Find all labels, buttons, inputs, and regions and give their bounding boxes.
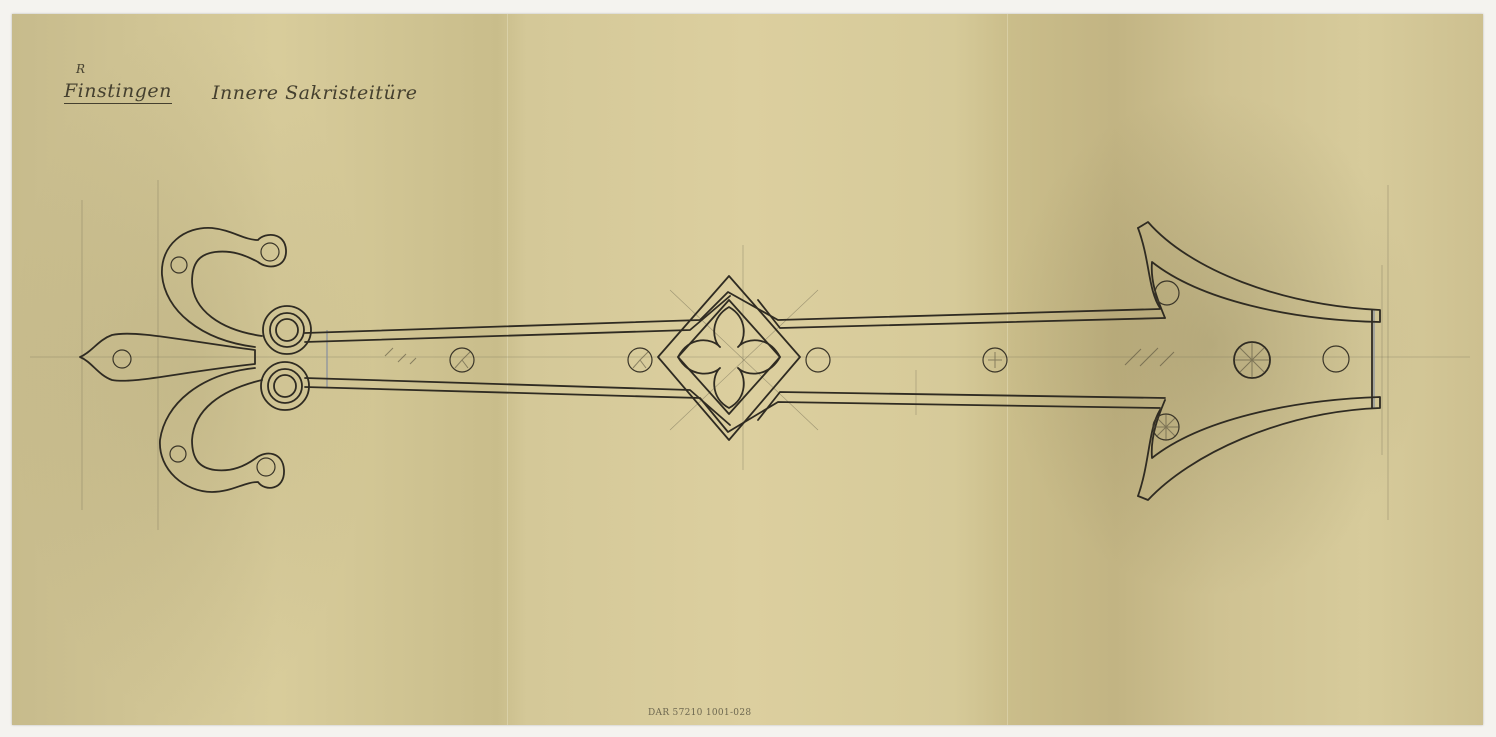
rivet — [276, 319, 298, 341]
rivet — [171, 257, 187, 273]
location-label: Finstingen — [64, 80, 172, 104]
right-terminal — [1138, 222, 1380, 500]
description-label: Innere Sakristeitüre — [212, 82, 418, 104]
rivet — [261, 243, 279, 261]
catalog-number: DAR 57210 1001-028 — [648, 708, 751, 718]
rosette-rivet — [806, 348, 830, 372]
rivet — [113, 350, 131, 368]
annotation-mark: R — [76, 62, 86, 76]
rivet — [1323, 346, 1349, 372]
left-terminal — [80, 228, 311, 492]
hinge-drawing — [0, 0, 1496, 737]
rivet — [1155, 281, 1179, 305]
rivet — [257, 458, 275, 476]
rivet — [170, 446, 186, 462]
quatrefoil-ornament — [658, 276, 800, 440]
construction-lines — [30, 180, 1470, 530]
rivet — [274, 375, 296, 397]
